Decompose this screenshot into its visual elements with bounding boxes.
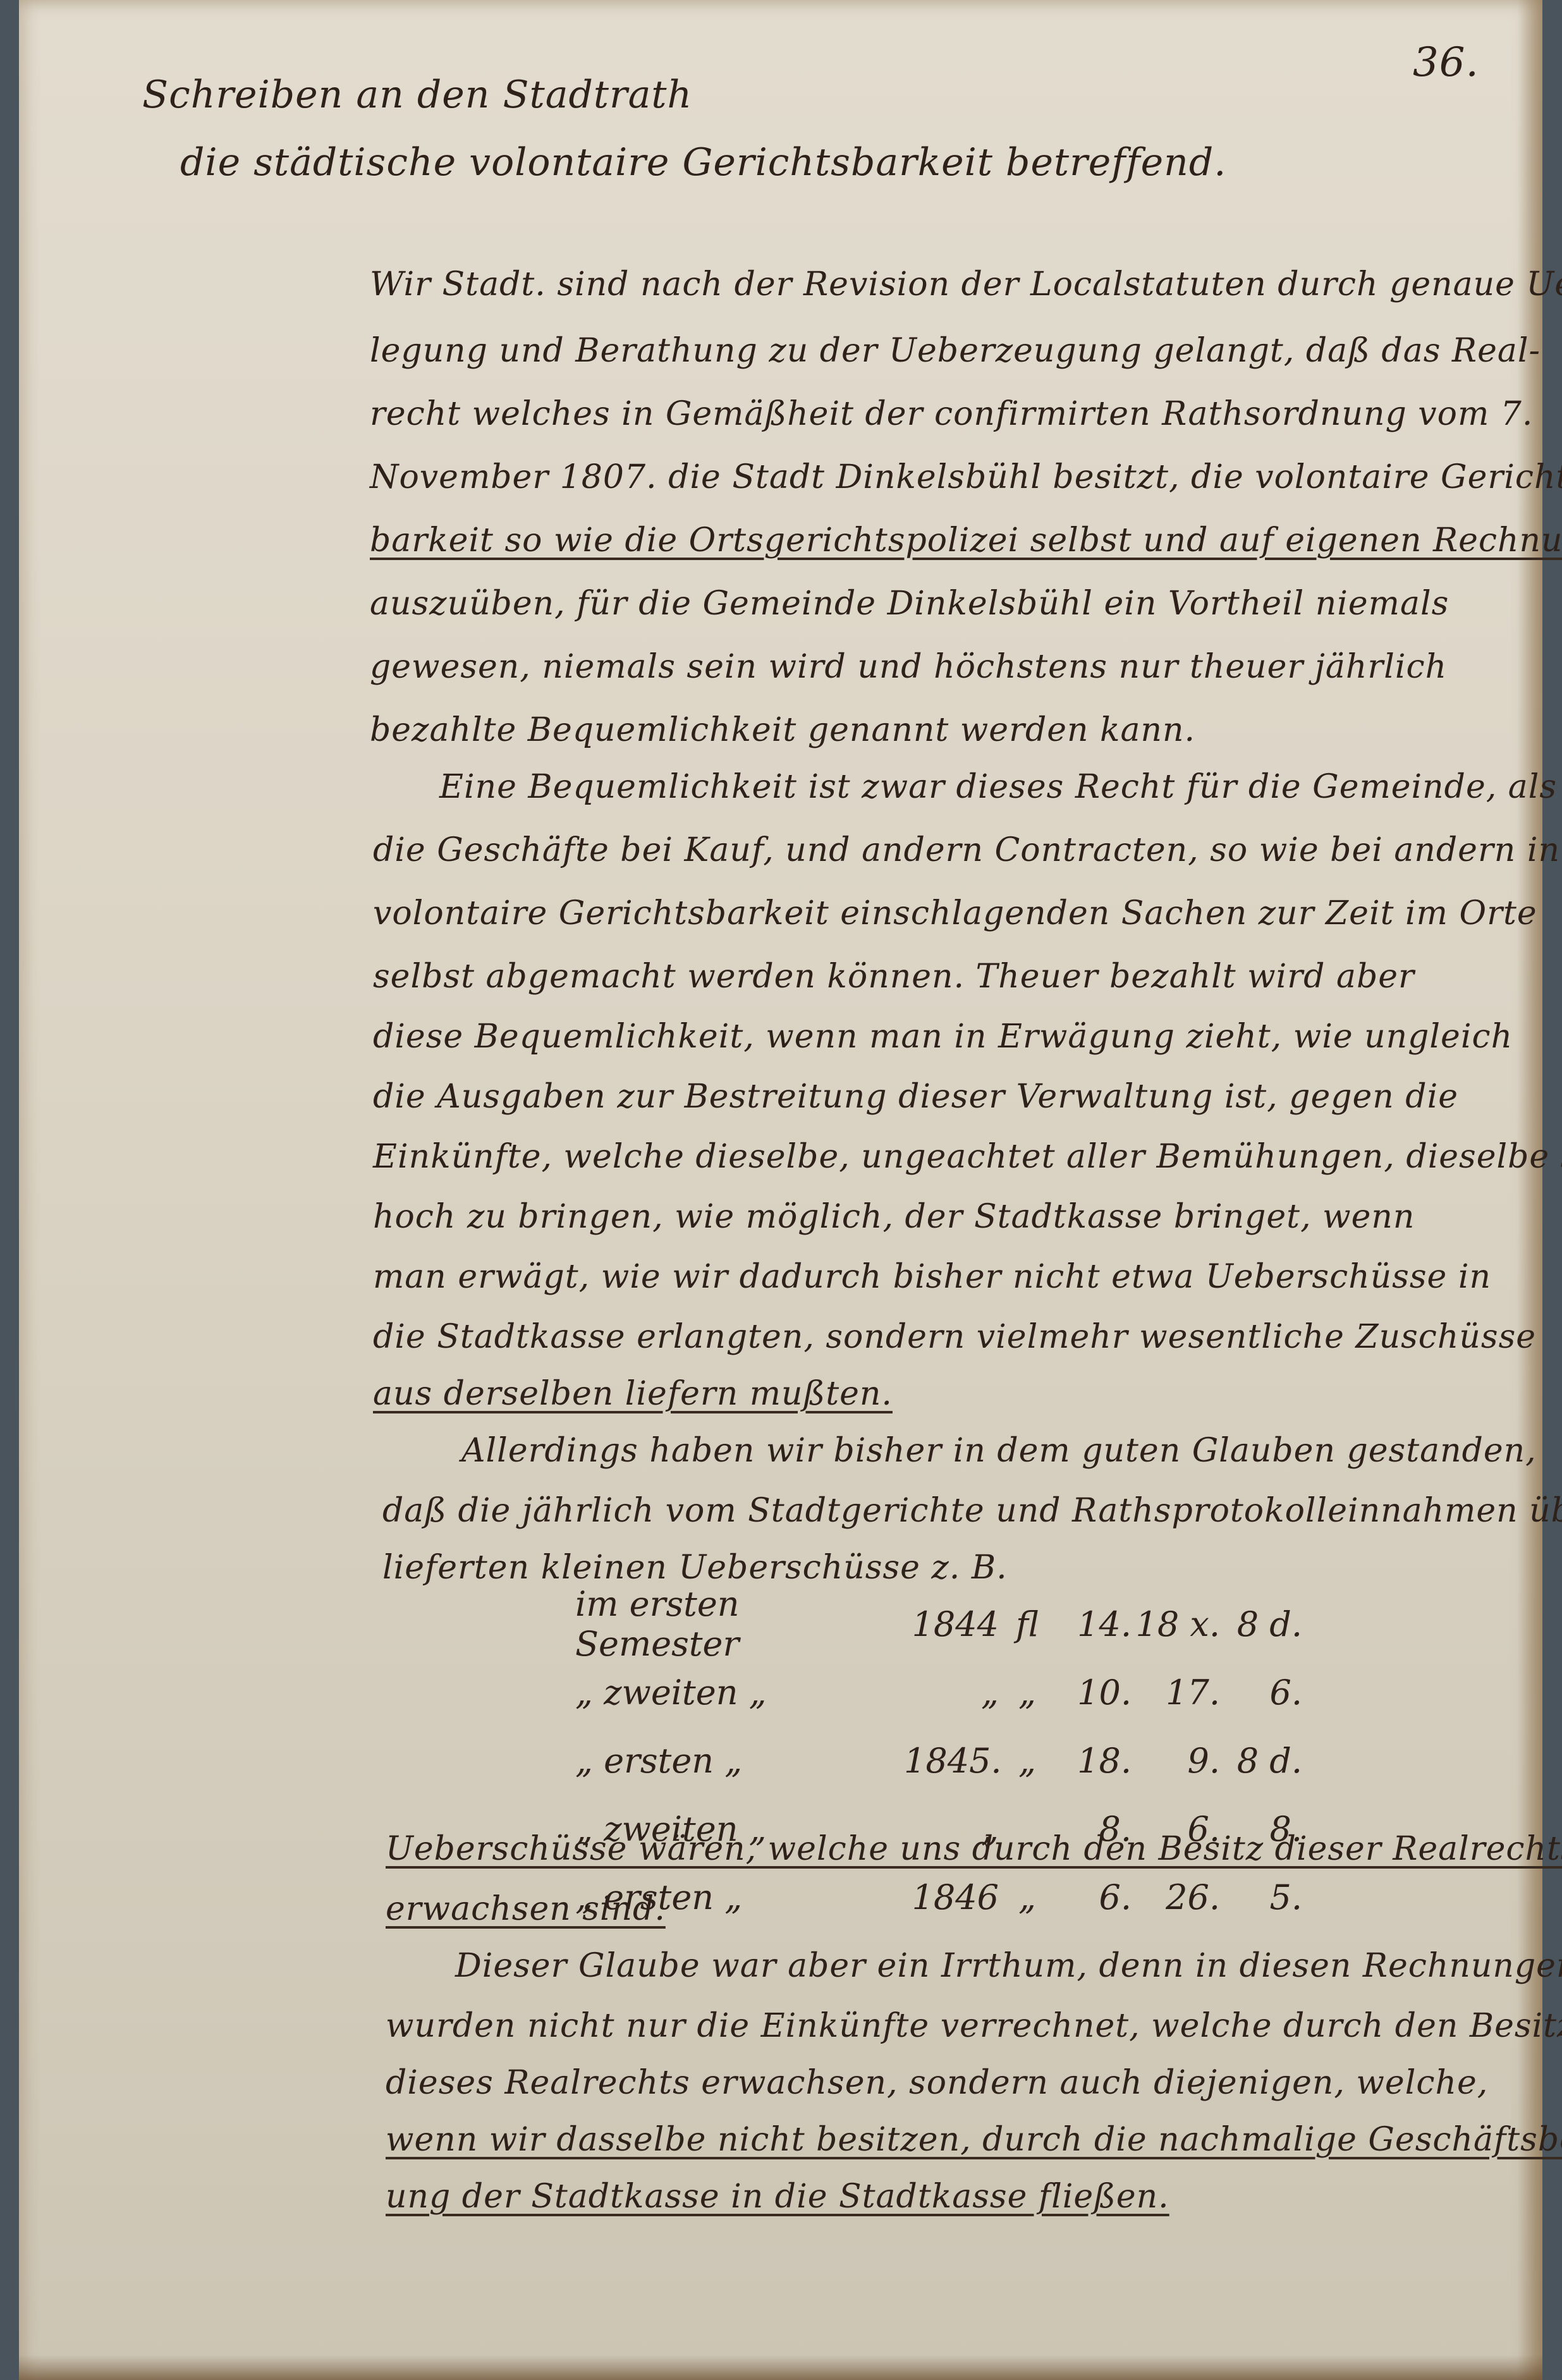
text-line: man erwägt, wie wir dadurch bisher nicht…: [373, 1258, 1491, 1296]
text-line: daß die jährlich vom Stadtgerichte und R…: [382, 1492, 1562, 1530]
text-line-underlined: wenn wir dasselbe nicht besitzen, durch …: [386, 2121, 1562, 2159]
document-page: 36. Schreiben an den Stadtrath die städt…: [19, 0, 1542, 2380]
page-number: 36.: [1413, 39, 1479, 86]
gulden-cell: 14.: [1056, 1604, 1132, 1644]
surplus-table: im ersten Semester 1844 fl 14. 18 x. 8 d…: [575, 1590, 1302, 1931]
text-line: selbst abgemacht werden können. Theuer b…: [373, 958, 1415, 996]
text-line: hoch zu bringen, wie möglich, der Stadtk…: [373, 1198, 1415, 1236]
text-line: Allerdings haben wir bisher in dem guten…: [461, 1432, 1537, 1470]
kreuzer-cell: 18 x.: [1132, 1604, 1220, 1644]
year-cell: 1844: [904, 1604, 999, 1644]
text-line: Eine Bequemlichkeit ist zwar dieses Rech…: [439, 768, 1557, 806]
heading-addressee: Schreiben an den Stadtrath: [142, 73, 692, 117]
text-line-underlined: aus derselben liefern mußten.: [373, 1375, 893, 1413]
text-line-underlined: barkeit so wie die Ortsgerichtspolizei s…: [370, 522, 1562, 559]
pfennig-cell: 8 d.: [1220, 1604, 1302, 1644]
table-row: „ ersten „ 1845. „ 18. 9. 8 d.: [575, 1726, 1302, 1795]
heading-subject: die städtische volontaire Gerichtsbarkei…: [180, 140, 1226, 185]
text-line: wurden nicht nur die Einkünfte verrechne…: [386, 2007, 1562, 2045]
currency-cell: „: [999, 1673, 1056, 1712]
paper-edge-bottom: [19, 2355, 1542, 2380]
table-row: im ersten Semester 1844 fl 14. 18 x. 8 d…: [575, 1590, 1302, 1658]
text-line: dieses Realrechts erwachsen, sondern auc…: [386, 2064, 1488, 2102]
year-cell: 1846: [904, 1877, 999, 1917]
kreuzer-cell: 17.: [1132, 1673, 1220, 1712]
year-cell: „: [904, 1673, 999, 1712]
text-line: Einkünfte, welche dieselbe, ungeachtet a…: [373, 1138, 1562, 1176]
pfennig-cell: 5.: [1220, 1877, 1302, 1917]
text-line: auszuüben, für die Gemeinde Dinkelsbühl …: [370, 585, 1449, 623]
text-line: November 1807. die Stadt Dinkelsbühl bes…: [370, 458, 1562, 496]
text-line: die Ausgaben zur Bestreitung dieser Verw…: [373, 1078, 1458, 1116]
pfennig-cell: 6.: [1220, 1673, 1302, 1712]
year-cell: 1845.: [904, 1741, 999, 1781]
text-line-underlined: erwachsen sind.: [386, 1890, 666, 1928]
currency-cell: fl: [999, 1604, 1056, 1644]
gulden-cell: 18.: [1056, 1741, 1132, 1781]
table-row: „ ersten „ 1846 „ 6. 26. 5.: [575, 1863, 1302, 1931]
kreuzer-cell: 26.: [1132, 1877, 1220, 1917]
semester-cell: im ersten Semester: [575, 1584, 904, 1664]
text-line-underlined: Ueberschüsse wären, welche uns durch den…: [386, 1830, 1562, 1868]
currency-cell: „: [999, 1741, 1056, 1781]
currency-cell: „: [999, 1877, 1056, 1917]
text-line: volontaire Gerichtsbarkeit einschlagende…: [373, 894, 1537, 932]
semester-cell: „ zweiten „: [575, 1673, 904, 1712]
text-line: Dieser Glaube war aber ein Irrthum, denn…: [455, 1947, 1562, 1985]
pfennig-cell: 8 d.: [1220, 1741, 1302, 1781]
text-line: lieferten kleinen Ueberschüsse z. B.: [382, 1549, 1008, 1587]
gulden-cell: 6.: [1056, 1877, 1132, 1917]
text-line: Wir Stadt. sind nach der Revision der Lo…: [370, 265, 1562, 303]
text-line: legung und Berathung zu der Ueberzeugung…: [370, 332, 1541, 370]
table-row: „ zweiten „ „ „ 10. 17. 6.: [575, 1658, 1302, 1726]
text-line: die Stadtkasse erlangten, sondern vielme…: [373, 1318, 1536, 1356]
kreuzer-cell: 9.: [1132, 1741, 1220, 1781]
text-line: die Geschäfte bei Kauf, und andern Contr…: [373, 831, 1562, 869]
text-line-underlined: ung der Stadtkasse in die Stadtkasse fli…: [386, 2178, 1169, 2216]
text-line: bezahlte Bequemlichkeit genannt werden k…: [370, 711, 1195, 749]
text-line: diese Bequemlichkeit, wenn man in Erwägu…: [373, 1018, 1513, 1056]
text-line: recht welches in Gemäßheit der confirmir…: [370, 395, 1533, 433]
gulden-cell: 10.: [1056, 1673, 1132, 1712]
text-line: gewesen, niemals sein wird und höchstens…: [370, 648, 1447, 686]
semester-cell: „ ersten „: [575, 1741, 904, 1781]
